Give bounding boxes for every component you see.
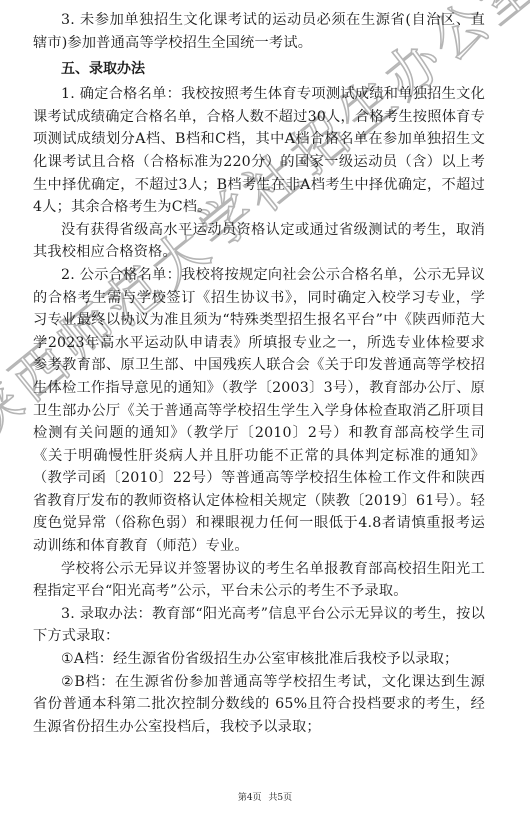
paragraph-item-3: 3. 未参加单独招生文化课考试的运动员必须在生源省(自治区、直辖市)参加普通高等… — [33, 9, 485, 54]
paragraph-publicity: 2. 公示合格名单：我校将按规定向社会公示合格名单，公示无异议的合格考生需与学校… — [33, 264, 485, 558]
paragraph-disqualification: 没有获得省级高水平运动员资格认定或通过省级测试的考生，取消其我校相应合格资格。 — [33, 219, 485, 264]
paragraph-admission-method: 3. 录取办法：教育部“阳光高考”信息平台公示无异议的考生，按以下方式录取： — [33, 603, 485, 648]
paragraph-qualified-list: 1. 确定合格名单：我校按照考生体育专项测试成绩和单独招生文化课考试成绩确定合格… — [33, 83, 485, 219]
section-heading-admission: 五、录取办法 — [33, 56, 485, 82]
paragraph-sunshine-platform: 学校将公示无异议并签署协议的考生名单报教育部高校招生阳光工程指定平台“阳光高考”… — [33, 558, 485, 603]
page-number-footer: 第4页 共5页 — [0, 790, 530, 803]
paragraph-grade-b: ②B档：在生源省份参加普通高等学校招生考试，文化课达到生源省份普通本科第二批次控… — [33, 671, 485, 739]
document-page: 3. 未参加单独招生文化课考试的运动员必须在生源省(自治区、直辖市)参加普通高等… — [33, 9, 485, 738]
paragraph-grade-a: ①A档：经生源省份省级招生办公室审核批准后我校予以录取； — [33, 648, 485, 671]
